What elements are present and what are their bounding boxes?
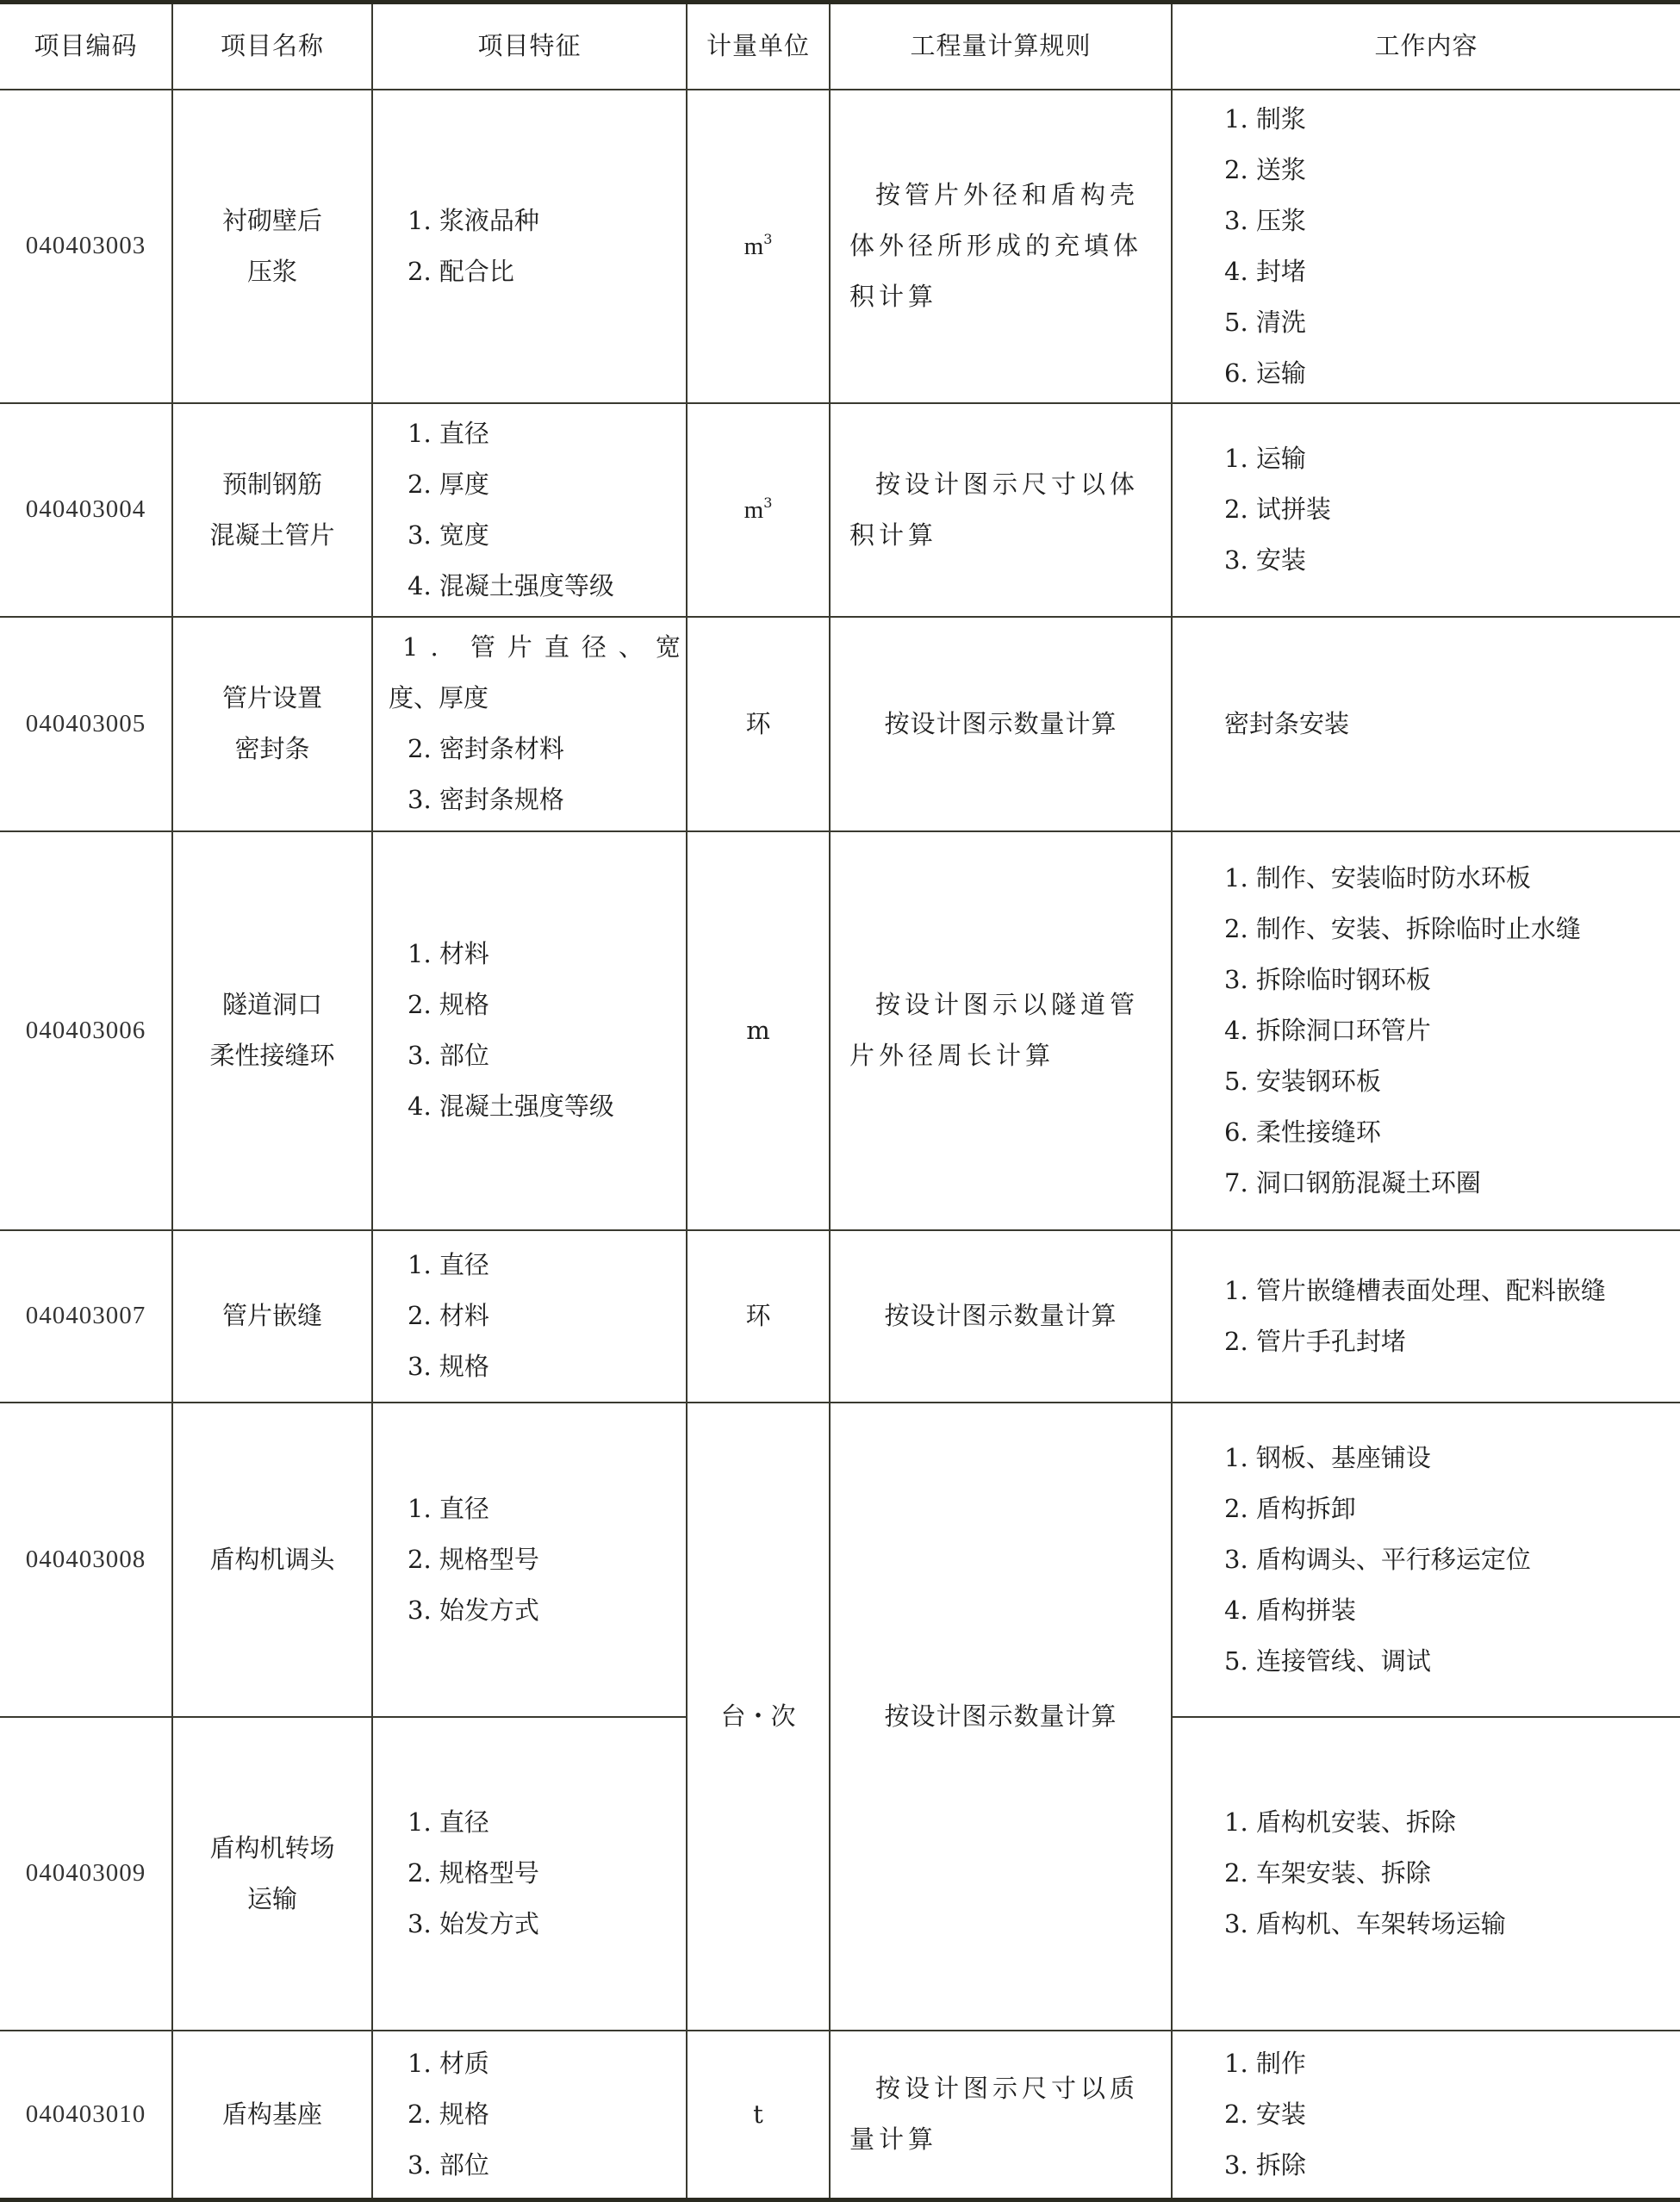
feature-line: 1. 浆液品种: [408, 196, 686, 246]
feature-line: 2. 规格: [408, 2089, 686, 2140]
item-code: 040403006: [0, 831, 172, 1230]
feature-line: 3. 宽度: [408, 510, 686, 561]
unit: m3: [687, 90, 830, 403]
unit: t: [687, 2031, 830, 2200]
work-line: 1. 制作: [1224, 2038, 1680, 2089]
feature-line: 2. 材料: [408, 1291, 686, 1341]
item-name: 盾构机调头: [172, 1403, 372, 1717]
item-name-line: 盾构机转场: [173, 1823, 371, 1874]
work-line: 5. 清洗: [1224, 297, 1680, 348]
item-name-line: 隧道洞口: [173, 980, 371, 1030]
feature-line: 2. 密封条材料: [389, 724, 686, 774]
header-item-features: 项目特征: [372, 3, 687, 90]
feature-line: 1. 管片直径、宽: [389, 622, 686, 673]
work-line: 2. 车架安装、拆除: [1224, 1848, 1680, 1899]
rule-line: 按设计图示以隧道管: [849, 980, 1152, 1030]
calc-rule: 按设计图示尺寸以质 量计算: [830, 2031, 1172, 2200]
feature-line: 4. 混凝土强度等级: [408, 561, 686, 612]
feature-line: 1. 直径: [408, 1240, 686, 1291]
item-code: 040403010: [0, 2031, 172, 2200]
feature-line: 4. 混凝土强度等级: [408, 1081, 686, 1132]
header-work-content: 工作内容: [1172, 3, 1680, 90]
table-row: 040403005 管片设置 密封条 1. 管片直径、宽 度、厚度 2. 密封条…: [0, 617, 1680, 831]
item-features: 1. 浆液品种 2. 配合比: [372, 90, 687, 403]
rule-line: 积计算: [849, 510, 1152, 561]
feature-line: 1. 直径: [408, 1797, 686, 1848]
item-features: 1. 管片直径、宽 度、厚度 2. 密封条材料 3. 密封条规格: [372, 617, 687, 831]
item-name: 管片设置 密封条: [172, 617, 372, 831]
work-content: 1. 盾构机安装、拆除 2. 车架安装、拆除 3. 盾构机、车架转场运输: [1172, 1717, 1680, 2031]
calc-rule: 按设计图示以隧道管 片外径周长计算: [830, 831, 1172, 1230]
item-name: 预制钢筋 混凝土管片: [172, 403, 372, 617]
feature-line: 度、厚度: [389, 673, 686, 724]
table-row: 040403010 盾构基座 1. 材质 2. 规格 3. 部位 t 按设计图示…: [0, 2031, 1680, 2200]
work-line: 4. 拆除洞口环管片: [1224, 1005, 1680, 1056]
item-name: 盾构机转场 运输: [172, 1717, 372, 2031]
feature-line: 3. 始发方式: [408, 1899, 686, 1950]
item-code: 040403008: [0, 1403, 172, 1717]
item-name-line: 衬砌壁后: [173, 196, 371, 246]
work-line: 3. 安装: [1224, 535, 1680, 586]
work-line: 4. 盾构拼装: [1224, 1585, 1680, 1636]
work-line: 5. 安装钢环板: [1224, 1056, 1680, 1107]
item-name-line: 预制钢筋: [173, 459, 371, 510]
unit: m: [687, 831, 830, 1230]
rule-line: 按设计图示数量计算: [849, 699, 1152, 750]
work-content: 1. 制作、安装临时防水环板 2. 制作、安装、拆除临时止水缝 3. 拆除临时钢…: [1172, 831, 1680, 1230]
feature-line: 3. 始发方式: [408, 1585, 686, 1636]
item-code: 040403003: [0, 90, 172, 403]
rule-line: 按设计图示尺寸以体: [849, 459, 1152, 510]
calc-rule-merged: 按设计图示数量计算: [830, 1403, 1172, 2031]
feature-line: 1. 直径: [408, 1484, 686, 1534]
bill-of-quantities-table: 项目编码 项目名称 项目特征 计量单位 工程量计算规则 工作内容 0404030…: [0, 0, 1680, 2202]
item-name: 盾构基座: [172, 2031, 372, 2200]
unit-merged: 台・次: [687, 1403, 830, 2031]
unit: m3: [687, 403, 830, 617]
calc-rule: 按设计图示尺寸以体 积计算: [830, 403, 1172, 617]
item-code: 040403007: [0, 1230, 172, 1403]
feature-line: 2. 规格型号: [408, 1534, 686, 1585]
feature-line: 3. 规格: [408, 1341, 686, 1392]
work-line: 2. 管片手孔封堵: [1224, 1316, 1680, 1367]
rule-line: 按设计图示尺寸以质: [849, 2063, 1152, 2114]
item-features: 1. 材料 2. 规格 3. 部位 4. 混凝土强度等级: [372, 831, 687, 1230]
table-row: 040403007 管片嵌缝 1. 直径 2. 材料 3. 规格 环 按设计图示…: [0, 1230, 1680, 1403]
item-name-line: 盾构基座: [173, 2089, 371, 2140]
item-code: 040403009: [0, 1717, 172, 2031]
rule-line: 按设计图示数量计算: [849, 1291, 1152, 1341]
work-line: 1. 钢板、基座铺设: [1224, 1433, 1680, 1484]
work-line: 7. 洞口钢筋混凝土环圈: [1224, 1158, 1680, 1209]
item-name: 管片嵌缝: [172, 1230, 372, 1403]
calc-rule: 按设计图示数量计算: [830, 617, 1172, 831]
feature-line: 2. 规格: [408, 980, 686, 1030]
unit: 环: [687, 617, 830, 831]
work-line: 6. 柔性接缝环: [1224, 1107, 1680, 1158]
item-features: 1. 材质 2. 规格 3. 部位: [372, 2031, 687, 2200]
header-row: 项目编码 项目名称 项目特征 计量单位 工程量计算规则 工作内容: [0, 3, 1680, 90]
work-line: 1. 盾构机安装、拆除: [1224, 1797, 1680, 1848]
header-unit: 计量单位: [687, 3, 830, 90]
work-line: 1. 管片嵌缝槽表面处理、配料嵌缝: [1224, 1266, 1680, 1316]
item-name-line: 柔性接缝环: [173, 1030, 371, 1081]
calc-rule: 按管片外径和盾构壳 体外径所形成的充填体 积计算: [830, 90, 1172, 403]
feature-line: 3. 部位: [408, 1030, 686, 1081]
feature-line: 2. 规格型号: [408, 1848, 686, 1899]
work-line: 2. 送浆: [1224, 145, 1680, 196]
item-name-line: 密封条: [173, 724, 371, 774]
header-item-name: 项目名称: [172, 3, 372, 90]
rule-line: 积计算: [849, 271, 1152, 322]
rule-line: 体外径所形成的充填体: [849, 221, 1152, 271]
item-name-line: 管片设置: [173, 673, 371, 724]
work-line: 1. 运输: [1224, 433, 1680, 484]
feature-line: 2. 配合比: [408, 246, 686, 297]
item-name: 隧道洞口 柔性接缝环: [172, 831, 372, 1230]
work-content: 1. 运输 2. 试拼装 3. 安装: [1172, 403, 1680, 617]
table-row: 040403006 隧道洞口 柔性接缝环 1. 材料 2. 规格 3. 部位 4…: [0, 831, 1680, 1230]
work-line: 1. 制浆: [1224, 94, 1680, 145]
work-line: 5. 连接管线、调试: [1224, 1636, 1680, 1687]
item-code: 040403004: [0, 403, 172, 617]
work-line: 2. 制作、安装、拆除临时止水缝: [1224, 904, 1680, 955]
unit-superscript: 3: [763, 231, 772, 247]
calc-rule: 按设计图示数量计算: [830, 1230, 1172, 1403]
unit-text: m: [744, 496, 764, 524]
table-row: 040403008 盾构机调头 1. 直径 2. 规格型号 3. 始发方式 台・…: [0, 1403, 1680, 1717]
work-line: 2. 试拼装: [1224, 484, 1680, 535]
work-content: 密封条安装: [1172, 617, 1680, 831]
feature-line: 1. 直径: [408, 408, 686, 459]
work-line: 4. 封堵: [1224, 246, 1680, 297]
rule-line: 量计算: [849, 2114, 1152, 2165]
unit: 环: [687, 1230, 830, 1403]
feature-line: 1. 材料: [408, 929, 686, 980]
item-features: 1. 直径 2. 材料 3. 规格: [372, 1230, 687, 1403]
work-line: 3. 压浆: [1224, 196, 1680, 246]
work-line: 3. 拆除临时钢环板: [1224, 955, 1680, 1005]
table-row: 040403003 衬砌壁后 压浆 1. 浆液品种 2. 配合比 m3 按管片外…: [0, 90, 1680, 403]
item-features: 1. 直径 2. 规格型号 3. 始发方式: [372, 1717, 687, 2031]
item-name-line: 压浆: [173, 246, 371, 297]
item-name-line: 混凝土管片: [173, 510, 371, 561]
item-name-line: 盾构机调头: [173, 1534, 371, 1585]
header-item-code: 项目编码: [0, 3, 172, 90]
header-calc-rule: 工程量计算规则: [830, 3, 1172, 90]
table-row: 040403004 预制钢筋 混凝土管片 1. 直径 2. 厚度 3. 宽度 4…: [0, 403, 1680, 617]
work-content: 1. 制浆 2. 送浆 3. 压浆 4. 封堵 5. 清洗 6. 运输: [1172, 90, 1680, 403]
item-name-line: 运输: [173, 1874, 371, 1925]
rule-line: 按管片外径和盾构壳: [849, 170, 1152, 221]
work-line: 2. 安装: [1224, 2089, 1680, 2140]
work-line: 3. 拆除: [1224, 2140, 1680, 2191]
work-content: 1. 钢板、基座铺设 2. 盾构拆卸 3. 盾构调头、平行移运定位 4. 盾构拼…: [1172, 1403, 1680, 1717]
unit-text: m: [744, 233, 764, 260]
work-line: 1. 制作、安装临时防水环板: [1224, 853, 1680, 904]
work-line: 3. 盾构机、车架转场运输: [1224, 1899, 1680, 1950]
work-line: 3. 盾构调头、平行移运定位: [1224, 1534, 1680, 1585]
feature-line: 3. 部位: [408, 2140, 686, 2191]
item-features: 1. 直径 2. 厚度 3. 宽度 4. 混凝土强度等级: [372, 403, 687, 617]
unit-superscript: 3: [763, 495, 772, 511]
feature-line: 1. 材质: [408, 2038, 686, 2089]
feature-line: 3. 密封条规格: [389, 774, 686, 825]
work-line: 2. 盾构拆卸: [1224, 1484, 1680, 1534]
feature-line: 2. 厚度: [408, 459, 686, 510]
rule-line: 按设计图示数量计算: [849, 1691, 1152, 1742]
item-features: 1. 直径 2. 规格型号 3. 始发方式: [372, 1403, 687, 1717]
work-line: 密封条安装: [1224, 699, 1680, 750]
work-content: 1. 制作 2. 安装 3. 拆除: [1172, 2031, 1680, 2200]
item-name: 衬砌壁后 压浆: [172, 90, 372, 403]
item-code: 040403005: [0, 617, 172, 831]
item-name-line: 管片嵌缝: [173, 1291, 371, 1341]
work-content: 1. 管片嵌缝槽表面处理、配料嵌缝 2. 管片手孔封堵: [1172, 1230, 1680, 1403]
work-line: 6. 运输: [1224, 348, 1680, 399]
rule-line: 片外径周长计算: [849, 1030, 1152, 1081]
